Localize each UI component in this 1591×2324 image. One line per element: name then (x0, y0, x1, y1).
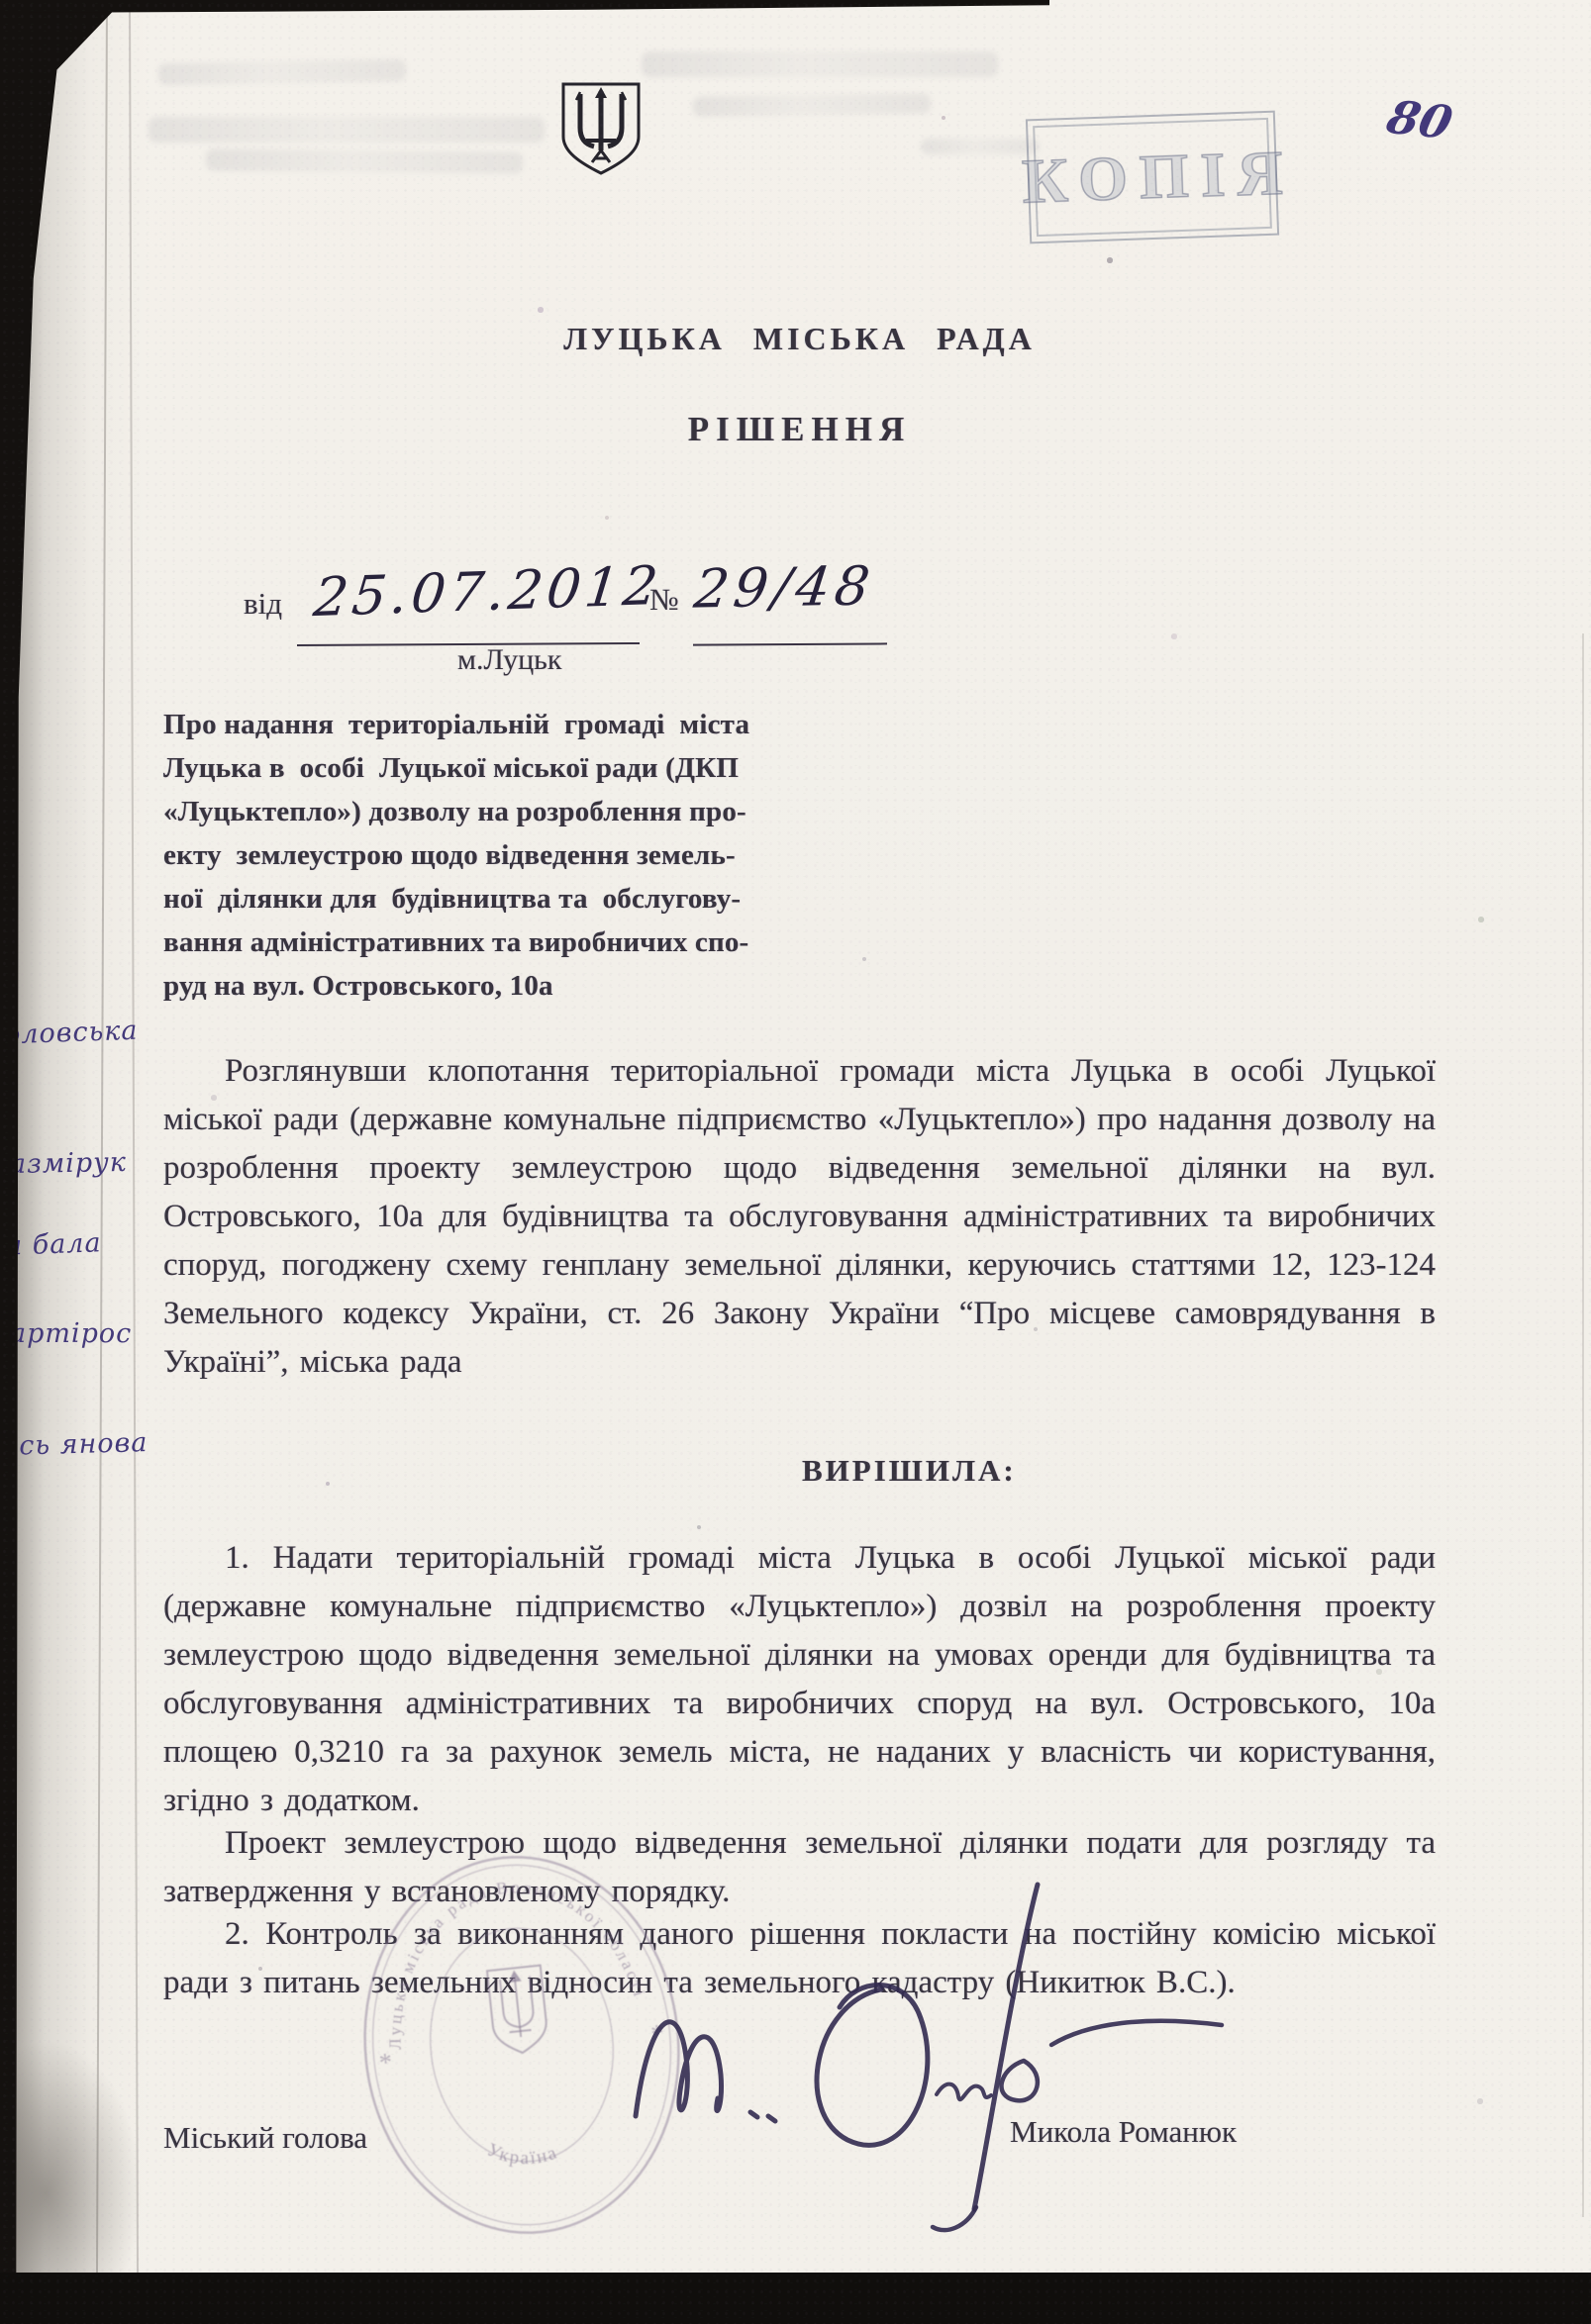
margin-handwriting: азмірук (10, 1147, 127, 1180)
date-label: від (244, 586, 282, 622)
number-label: № (649, 582, 679, 618)
binding-bottom-shadow (14, 2039, 143, 2276)
copy-stamp-inner-border: КОПІЯ (1033, 118, 1272, 237)
body-paragraph: Розглянувши клопотання територіальної гр… (163, 1047, 1436, 1387)
signer-name: Микола Романюк (1010, 2114, 1237, 2150)
document-type-title: РІШЕННЯ (163, 410, 1436, 449)
stamp-star-left: * (378, 2048, 394, 2078)
handwritten-page-number: 80 (1382, 90, 1458, 149)
handwritten-date: 25.07.2012 (311, 554, 664, 629)
handwritten-number: 29/48 (691, 554, 878, 620)
bleedthrough-smudge (206, 148, 523, 173)
resolution-item-1: 1. Надати територіальній громаді міста Л… (163, 1534, 1436, 1825)
margin-handwriting: артірос (10, 1318, 132, 1349)
subject-block: Про надання територіальній громаді міста… (163, 703, 749, 1008)
svg-text:Україна: Україна (482, 2132, 562, 2174)
margin-handwriting: оловська (4, 1016, 139, 1051)
ukraine-trident-emblem (555, 79, 646, 178)
bleedthrough-smudge (693, 93, 931, 116)
copy-stamp: КОПІЯ (1026, 111, 1279, 244)
book-binding-shadow (14, 0, 154, 2273)
number-underline (693, 642, 887, 645)
scanned-document-page: КОПІЯ 80 ЛУЦЬКА МІСЬКА РАДА РІШЕННЯ від … (0, 0, 1591, 2324)
bleedthrough-smudge (158, 59, 406, 85)
resolved-heading: ВИРІШИЛА: (802, 1453, 1017, 1489)
organization-name: ЛУЦЬКА МІСЬКА РАДА (163, 321, 1436, 357)
stamp-inner-text: Україна (482, 2132, 562, 2174)
scan-edge-bottom (0, 2273, 1591, 2324)
bleedthrough-smudge (642, 51, 998, 77)
scan-edge-top (28, 0, 1049, 13)
margin-handwriting: ось янова (2, 1427, 149, 1462)
margin-handwriting: а бала (5, 1227, 102, 1261)
city-line: м.Луцьк (457, 643, 561, 677)
bleedthrough-smudge (149, 117, 545, 143)
stamp-trident-shield (487, 1966, 549, 2056)
page-right-edge (1582, 633, 1584, 2217)
mayor-signature (592, 1857, 1255, 2243)
copy-stamp-text: КОПІЯ (1009, 136, 1296, 219)
signer-title: Міський голова (163, 2120, 367, 2156)
